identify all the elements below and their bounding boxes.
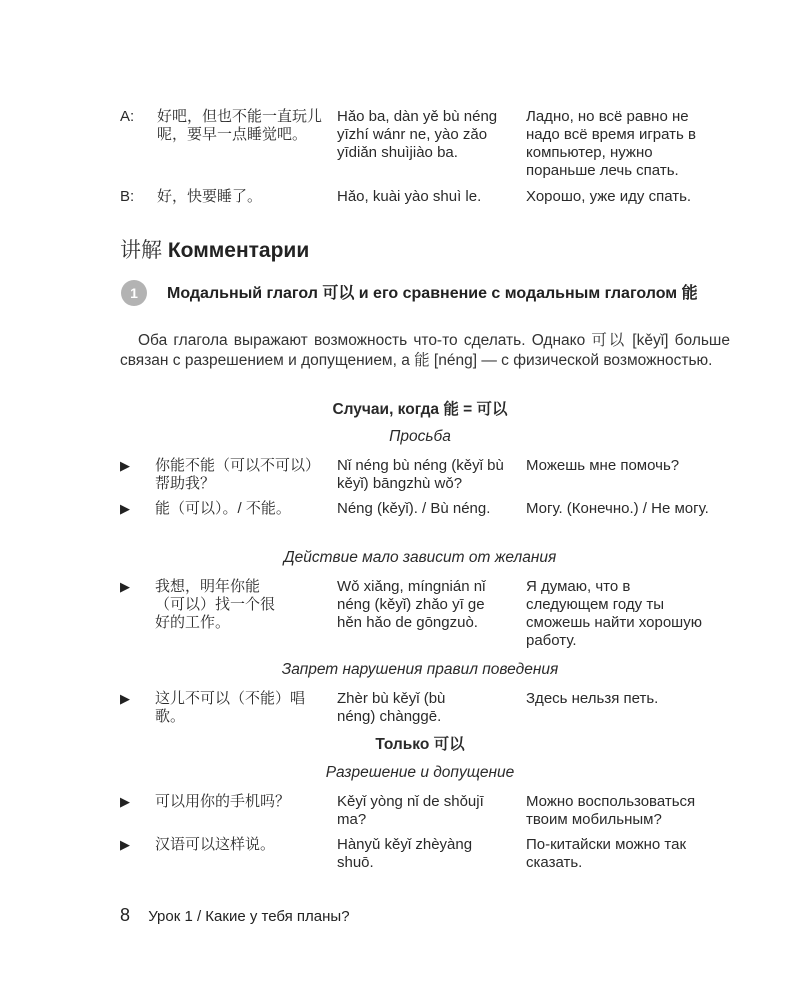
example-pinyin: Hànyǔ kěyǐ zhèyàng shuō. bbox=[337, 836, 507, 872]
bullet-triangle-icon: ▶ bbox=[120, 500, 130, 518]
example-pinyin: Zhèr bù kěyǐ (bù néng) chànggē. bbox=[337, 690, 477, 726]
bullet-triangle-icon: ▶ bbox=[120, 690, 130, 708]
page-footer: 8 Урок 1 / Какие у тебя планы? bbox=[120, 905, 350, 926]
example-chinese: 我想，明年你能（可以）找一个很好的工作。 bbox=[155, 578, 285, 632]
example-chinese: 你能不能（可以不可以）帮助我？ bbox=[155, 457, 330, 493]
example-pinyin: Nǐ néng bù néng (kěyǐ bù kěyǐ) bāngzhù w… bbox=[337, 457, 522, 493]
subgroup-heading: Разрешение и допущение bbox=[0, 763, 800, 783]
example-russian: Здесь нельзя петь. bbox=[526, 690, 726, 708]
example-pinyin: Kěyǐ yòng nǐ de shǒujī ma? bbox=[337, 793, 487, 829]
subgroup-heading: Запрет нарушения правил поведения bbox=[0, 660, 800, 680]
example-russian: Можно воспользоваться твоим мобильным? bbox=[526, 793, 721, 829]
bullet-triangle-icon: ▶ bbox=[120, 457, 130, 475]
example-russian: По-китайски можно так сказать. bbox=[526, 836, 706, 872]
example-pinyin: Wǒ xiǎng, míngnián nǐ néng (kěyǐ) zhǎo y… bbox=[337, 578, 497, 632]
running-title: Урок 1 / Какие у тебя планы? bbox=[148, 908, 349, 925]
bullet-triangle-icon: ▶ bbox=[120, 578, 130, 596]
dialogue-russian: Хорошо, уже иду спать. bbox=[526, 188, 726, 206]
item-heading: Модальный глагол 可以 и его сравнение с мо… bbox=[167, 284, 727, 303]
example-chinese: 汉语可以这样说。 bbox=[155, 836, 330, 854]
subgroup-heading: Действие мало зависит от желания bbox=[0, 548, 800, 568]
dialogue-pinyin: Hǎo, kuài yào shuì le. bbox=[337, 188, 522, 206]
bullet-triangle-icon: ▶ bbox=[120, 793, 130, 811]
section-title: 讲解 Комментарии bbox=[120, 238, 309, 264]
example-russian: Я думаю, что в следующем году ты сможешь… bbox=[526, 578, 716, 650]
subgroup-heading: Просьба bbox=[0, 427, 800, 447]
dialogue-russian: Ладно, но всё равно не надо всё время иг… bbox=[526, 108, 726, 180]
paragraph-text: Оба глагола выражают возможность что-то … bbox=[120, 332, 730, 369]
bullet-triangle-icon: ▶ bbox=[120, 836, 130, 854]
example-russian: Могу. (Конечно.) / Не могу. bbox=[526, 500, 726, 518]
speaker-label: A: bbox=[120, 108, 134, 126]
section-title-chinese: 讲解 bbox=[120, 239, 162, 262]
explanation-paragraph: Оба глагола выражают возможность что-то … bbox=[120, 331, 730, 371]
example-chinese: 这儿不可以（不能）唱歌。 bbox=[155, 690, 305, 726]
example-pinyin: Néng (kěyǐ). / Bù néng. bbox=[337, 500, 522, 518]
item-number-badge: 1 bbox=[121, 280, 147, 306]
group-heading: Только 可以 bbox=[0, 735, 800, 755]
speaker-label: B: bbox=[120, 188, 134, 206]
example-russian: Можешь мне помочь? bbox=[526, 457, 726, 475]
example-chinese: 可以用你的手机吗？ bbox=[155, 793, 330, 811]
dialogue-chinese: 好，快要睡了。 bbox=[157, 188, 332, 206]
page-number: 8 bbox=[120, 905, 130, 925]
group-heading: Случаи, когда 能 = 可以 bbox=[0, 400, 800, 420]
example-chinese: 能（可以）。/ 不能。 bbox=[155, 500, 330, 518]
dialogue-pinyin: Hǎo ba, dàn yě bù néng yīzhí wánr ne, yà… bbox=[337, 108, 522, 162]
dialogue-chinese: 好吧，但也不能一直玩儿呢，要早一点睡觉吧。 bbox=[157, 108, 332, 144]
section-title-russian: Комментарии bbox=[168, 239, 309, 262]
